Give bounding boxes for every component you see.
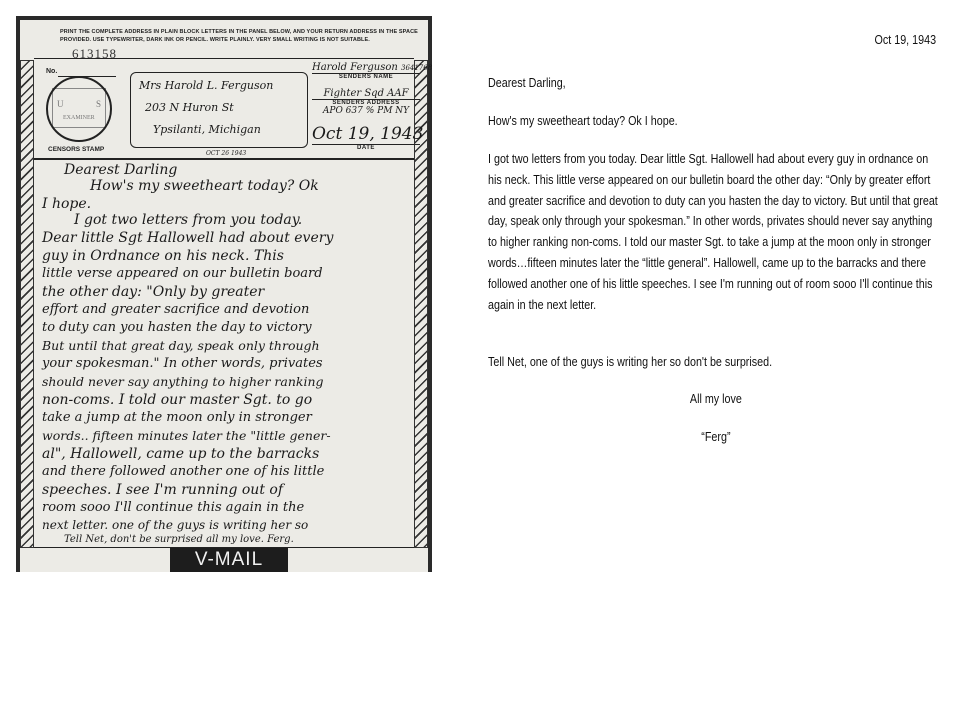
handwritten-line: speeches. I see I'm running out of (42, 482, 283, 498)
handwritten-line: next letter. one of the guys is writing … (42, 518, 308, 532)
handwritten-line: take a jump at the moon only in stronger (42, 410, 312, 425)
censor-stamp-label: CENSORS STAMP (48, 146, 104, 153)
handwritten-line: Dearest Darling (64, 162, 177, 178)
transcript-salutation: Dearest Darling, (488, 73, 944, 94)
handwritten-line: non-coms. I told our master Sgt. to go (42, 392, 312, 408)
number-label: No. (46, 68, 57, 75)
letter-date-handwritten: Oct 19, 1943 (312, 124, 420, 145)
handwritten-line: I hope. (42, 196, 91, 212)
handwritten-line: I got two letters from you today. (74, 212, 302, 228)
transcript-closing: All my love (488, 392, 944, 406)
censor-stamp-circle (46, 76, 112, 142)
recipient-address-box: Mrs Harold L. Ferguson 203 N Huron St Yp… (130, 72, 308, 148)
sender-address-field: Fighter Sqd AAF SENDERS ADDRESS APO 637 … (312, 88, 420, 116)
transcript-paragraph: Tell Net, one of the guys is writing her… (488, 352, 944, 373)
recipient-city: Ypsilanti, Michigan (153, 123, 261, 136)
vmail-instructions: Print the complete address in plain bloc… (60, 28, 430, 44)
sender-name-label: SENDERS NAME (312, 74, 420, 80)
transcript-paragraph: How's my sweetheart today? Ok I hope. (488, 111, 944, 132)
transcript-paragraph: I got two letters from you today. Dear l… (488, 149, 944, 315)
handwritten-line: words.. fifteen minutes later the "littl… (42, 428, 331, 443)
handwritten-line: Dear little Sgt Hallowell had about ever… (42, 230, 333, 246)
handwritten-line: effort and greater sacrifice and devotio… (42, 302, 309, 317)
vmail-serial-number: 613158 (72, 46, 117, 62)
divider (34, 58, 414, 59)
sender-name: Harold Ferguson 36417689 (312, 62, 420, 74)
handwritten-line: little verse appeared on our bulletin bo… (42, 266, 323, 281)
handwritten-line: How's my sweetheart today? Ok (90, 178, 319, 194)
vmail-scan-image: Print the complete address in plain bloc… (16, 16, 432, 572)
postmark-date: OCT 26 1943 (206, 150, 246, 157)
hatched-border-left (20, 60, 34, 548)
transcript-signature: “Ferg” (488, 430, 944, 444)
handwritten-line: your spokesman." In other words, private… (42, 356, 323, 371)
handwritten-line: to duty can you hasten the day to victor… (42, 320, 312, 335)
letter-date-field: Oct 19, 1943 DATE (312, 124, 420, 151)
handwritten-line: the other day: "Only by greater (42, 284, 264, 300)
handwritten-line: should never say anything to higher rank… (42, 374, 324, 389)
sender-address: Fighter Sqd AAF (312, 88, 420, 100)
handwritten-line: But until that great day, speak only thr… (42, 338, 320, 353)
sender-apo: APO 637 % PM NY (312, 106, 420, 116)
handwritten-line: and there followed another one of his li… (42, 464, 324, 479)
handwritten-line: guy in Ordnance on his neck. This (42, 248, 284, 264)
date-label: DATE (312, 145, 420, 151)
recipient-street: 203 N Huron St (145, 101, 234, 114)
handwritten-line: room sooo I'll continue this again in th… (42, 500, 304, 515)
sender-name-field: Harold Ferguson 36417689 SENDERS NAME (312, 62, 420, 80)
handwritten-letter-body: Dearest Darling How's my sweetheart toda… (34, 158, 414, 548)
recipient-name: Mrs Harold L. Ferguson (139, 79, 273, 92)
handwritten-line: Tell Net, don't be surprised all my love… (64, 534, 294, 545)
transcript-date: Oct 19, 1943 (875, 33, 937, 47)
handwritten-line: al", Hallowell, came up to the barracks (42, 446, 319, 462)
vmail-banner: V-MAIL (170, 548, 288, 572)
vmail-paper: Print the complete address in plain bloc… (20, 20, 428, 572)
